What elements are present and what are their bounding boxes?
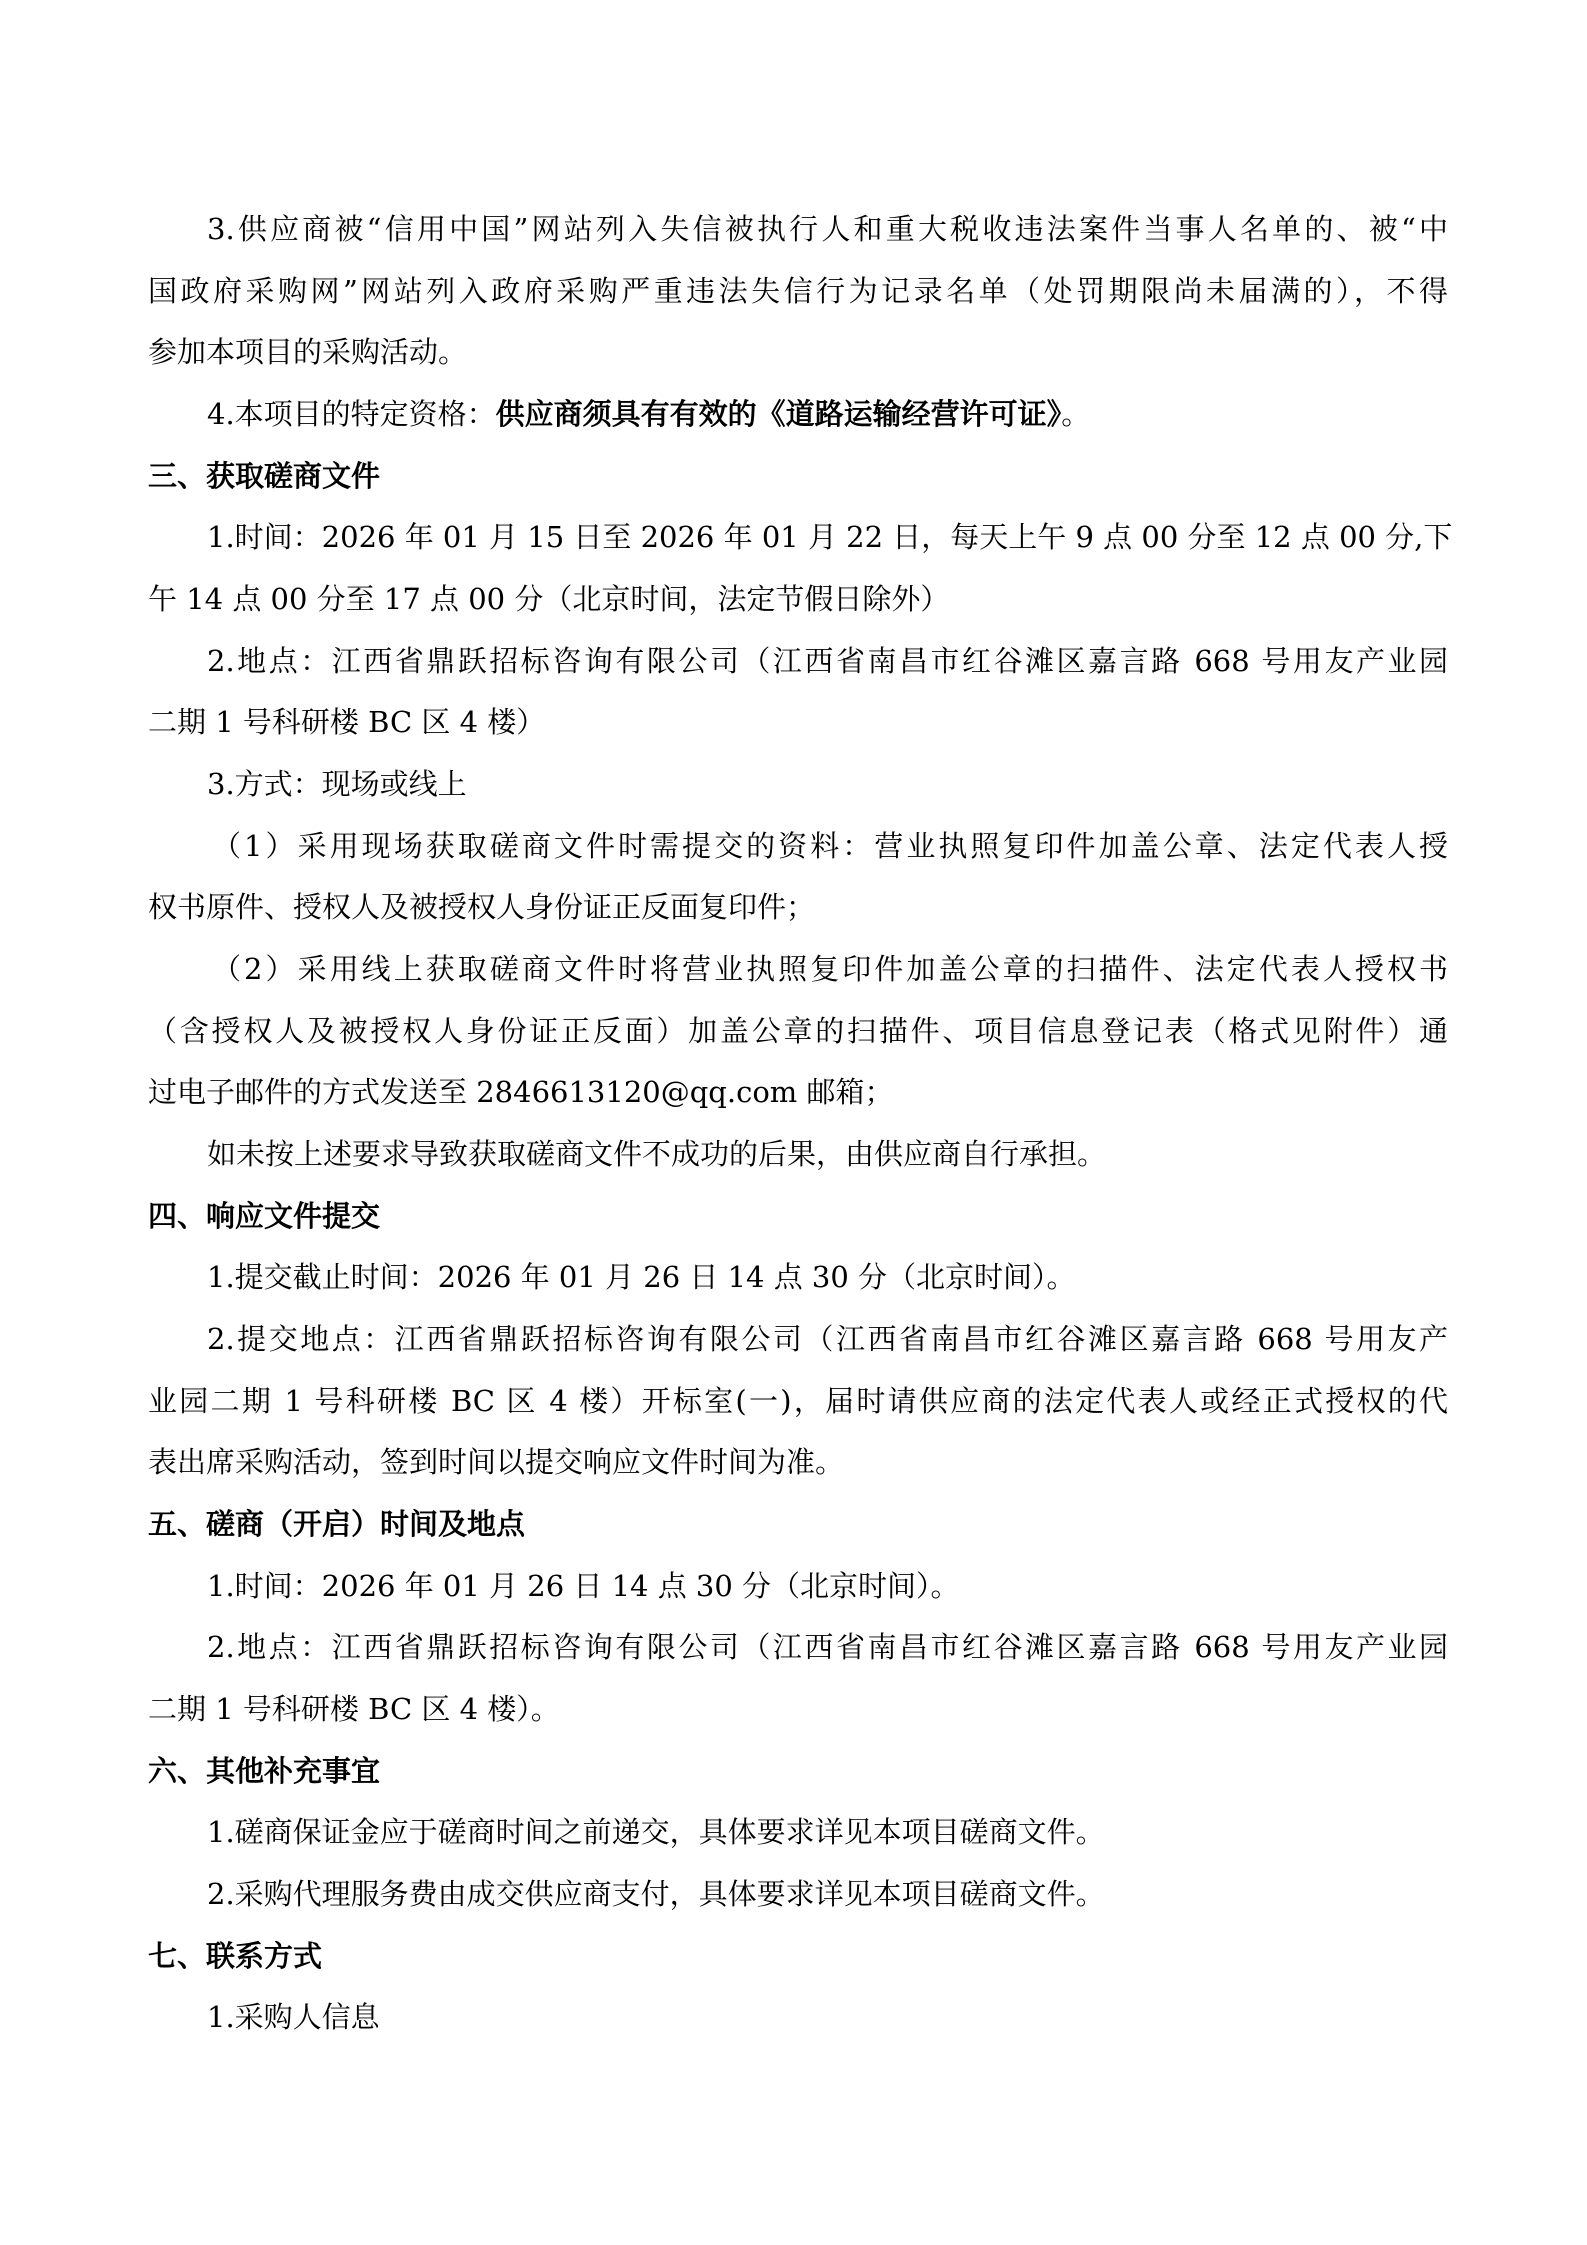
section-heading-6: 六、其他补充事宜	[148, 1751, 1448, 1791]
section-6-line-1: 1.磋商保证金应于磋商时间之前递交，具体要求详见本项目磋商文件。	[207, 1812, 1507, 1852]
section-5-line-3: 二期 1 号科研楼 BC 区 4 楼）。	[148, 1689, 1448, 1729]
section-4-line-1: 1.提交截止时间：2026 年 01 月 26 日 14 点 30 分（北京时间…	[207, 1257, 1507, 1297]
paragraph-4: 4.本项目的特定资格：供应商须具有有效的《道路运输经营许可证》。	[207, 394, 1507, 434]
section-4-line-3: 业园二期 1 号科研楼 BC 区 4 楼）开标室(一)，届时请供应商的法定代表人…	[148, 1381, 1448, 1421]
section-3-line-3: 2.地点：江西省鼎跃招标咨询有限公司（江西省南昌市红谷滩区嘉言路 668 号用友…	[207, 641, 1448, 681]
section-heading-5: 五、磋商（开启）时间及地点	[148, 1504, 1448, 1544]
section-7-line-1: 1.采购人信息	[207, 1997, 1507, 2037]
section-5-line-1: 1.时间：2026 年 01 月 26 日 14 点 30 分（北京时间）。	[207, 1566, 1507, 1606]
paragraph-4-prefix: 4.本项目的特定资格：	[207, 397, 496, 431]
paragraph-3-line-2: 国政府采购网”网站列入政府采购严重违法失信行为记录名单（处罚期限尚未届满的），不…	[148, 271, 1448, 311]
section-6-line-2: 2.采购代理服务费由成交供应商支付，具体要求详见本项目磋商文件。	[207, 1874, 1507, 1914]
section-heading-3: 三、获取磋商文件	[148, 456, 1448, 496]
section-4-line-4: 表出席采购活动，签到时间以提交响应文件时间为准。	[148, 1442, 1448, 1482]
section-heading-4: 四、响应文件提交	[148, 1196, 1448, 1236]
section-3-line-1: 1.时间：2026 年 01 月 15 日至 2026 年 01 月 22 日，…	[207, 517, 1448, 557]
section-3-line-10: 过电子邮件的方式发送至 2846613120@qq.com 邮箱；	[148, 1072, 1448, 1112]
section-3-line-5: 3.方式：现场或线上	[207, 764, 1507, 804]
section-3-line-4: 二期 1 号科研楼 BC 区 4 楼）	[148, 702, 1448, 742]
section-3-line-2: 午 14 点 00 分至 17 点 00 分（北京时间，法定节假日除外）	[148, 579, 1448, 619]
specific-qualification: 供应商须具有有效的《道路运输经营许可证》	[496, 397, 1062, 431]
section-4-line-2: 2.提交地点：江西省鼎跃招标咨询有限公司（江西省南昌市红谷滩区嘉言路 668 号…	[207, 1319, 1448, 1359]
paragraph-3-line-1: 3.供应商被“信用中国”网站列入失信被执行人和重大税收违法案件当事人名单的、被“…	[207, 209, 1448, 249]
section-5-line-2: 2.地点：江西省鼎跃招标咨询有限公司（江西省南昌市红谷滩区嘉言路 668 号用友…	[207, 1627, 1448, 1667]
paragraph-4-suffix: 。	[1061, 397, 1090, 431]
section-3-line-9: （含授权人及被授权人身份证正反面）加盖公章的扫描件、项目信息登记表（格式见附件）…	[148, 1011, 1448, 1051]
section-3-line-6: （1）采用现场获取磋商文件时需提交的资料：营业执照复印件加盖公章、法定代表人授	[212, 826, 1448, 866]
section-3-line-11: 如未按上述要求导致获取磋商文件不成功的后果，由供应商自行承担。	[207, 1134, 1507, 1174]
section-3-line-7: 权书原件、授权人及被授权人身份证正反面复印件；	[148, 887, 1448, 927]
section-3-line-8: （2）采用线上获取磋商文件时将营业执照复印件加盖公章的扫描件、法定代表人授权书	[212, 949, 1448, 989]
section-heading-7: 七、联系方式	[148, 1936, 1448, 1976]
paragraph-3-line-3: 参加本项目的采购活动。	[148, 332, 1448, 372]
document-page: 3.供应商被“信用中国”网站列入失信被执行人和重大税收违法案件当事人名单的、被“…	[0, 0, 1587, 2245]
